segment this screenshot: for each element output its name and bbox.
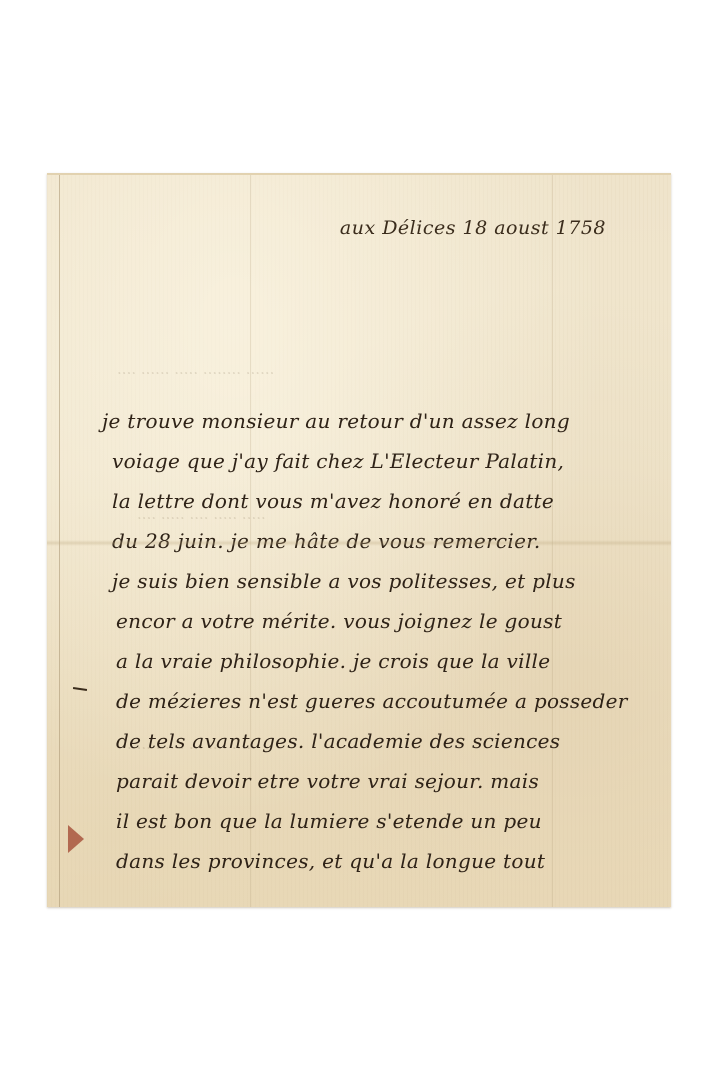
letter-line: encor a votre mérite. vous joignez le go… — [102, 601, 642, 641]
letter-line: du 28 juin. je me hâte de vous remercier… — [102, 521, 642, 561]
letter-body: je trouve monsieur au retour d'un assez … — [102, 401, 642, 881]
letter-sheet: ...... ........ ..... ...... .... ..... … — [47, 173, 671, 907]
letter-dateline: aux Délices 18 aoust 1758 — [340, 217, 606, 239]
ink-bleed-through: ...... ........ ..... ...... .... — [117, 360, 274, 378]
letter-line: je suis bien sensible a vos politesses, … — [102, 561, 642, 601]
letter-line: a la vraie philosophie. je crois que la … — [102, 641, 642, 681]
letter-line: parait devoir etre votre vrai sejour. ma… — [102, 761, 642, 801]
margin-mark — [73, 687, 87, 691]
letter-line: de mézieres n'est gueres accoutumée a po… — [102, 681, 642, 721]
letter-line: de tels avantages. l'academie des scienc… — [102, 721, 642, 761]
letter-line: dans les provinces, et qu'a la longue to… — [102, 841, 642, 881]
red-wax-stain — [68, 825, 84, 853]
letter-line: il est bon que la lumiere s'etende un pe… — [102, 801, 642, 841]
letter-line: voiage que j'ay fait chez L'Electeur Pal… — [102, 441, 642, 481]
letter-line: je trouve monsieur au retour d'un assez … — [102, 401, 642, 441]
letter-line: la lettre dont vous m'avez honoré en dat… — [102, 481, 642, 521]
